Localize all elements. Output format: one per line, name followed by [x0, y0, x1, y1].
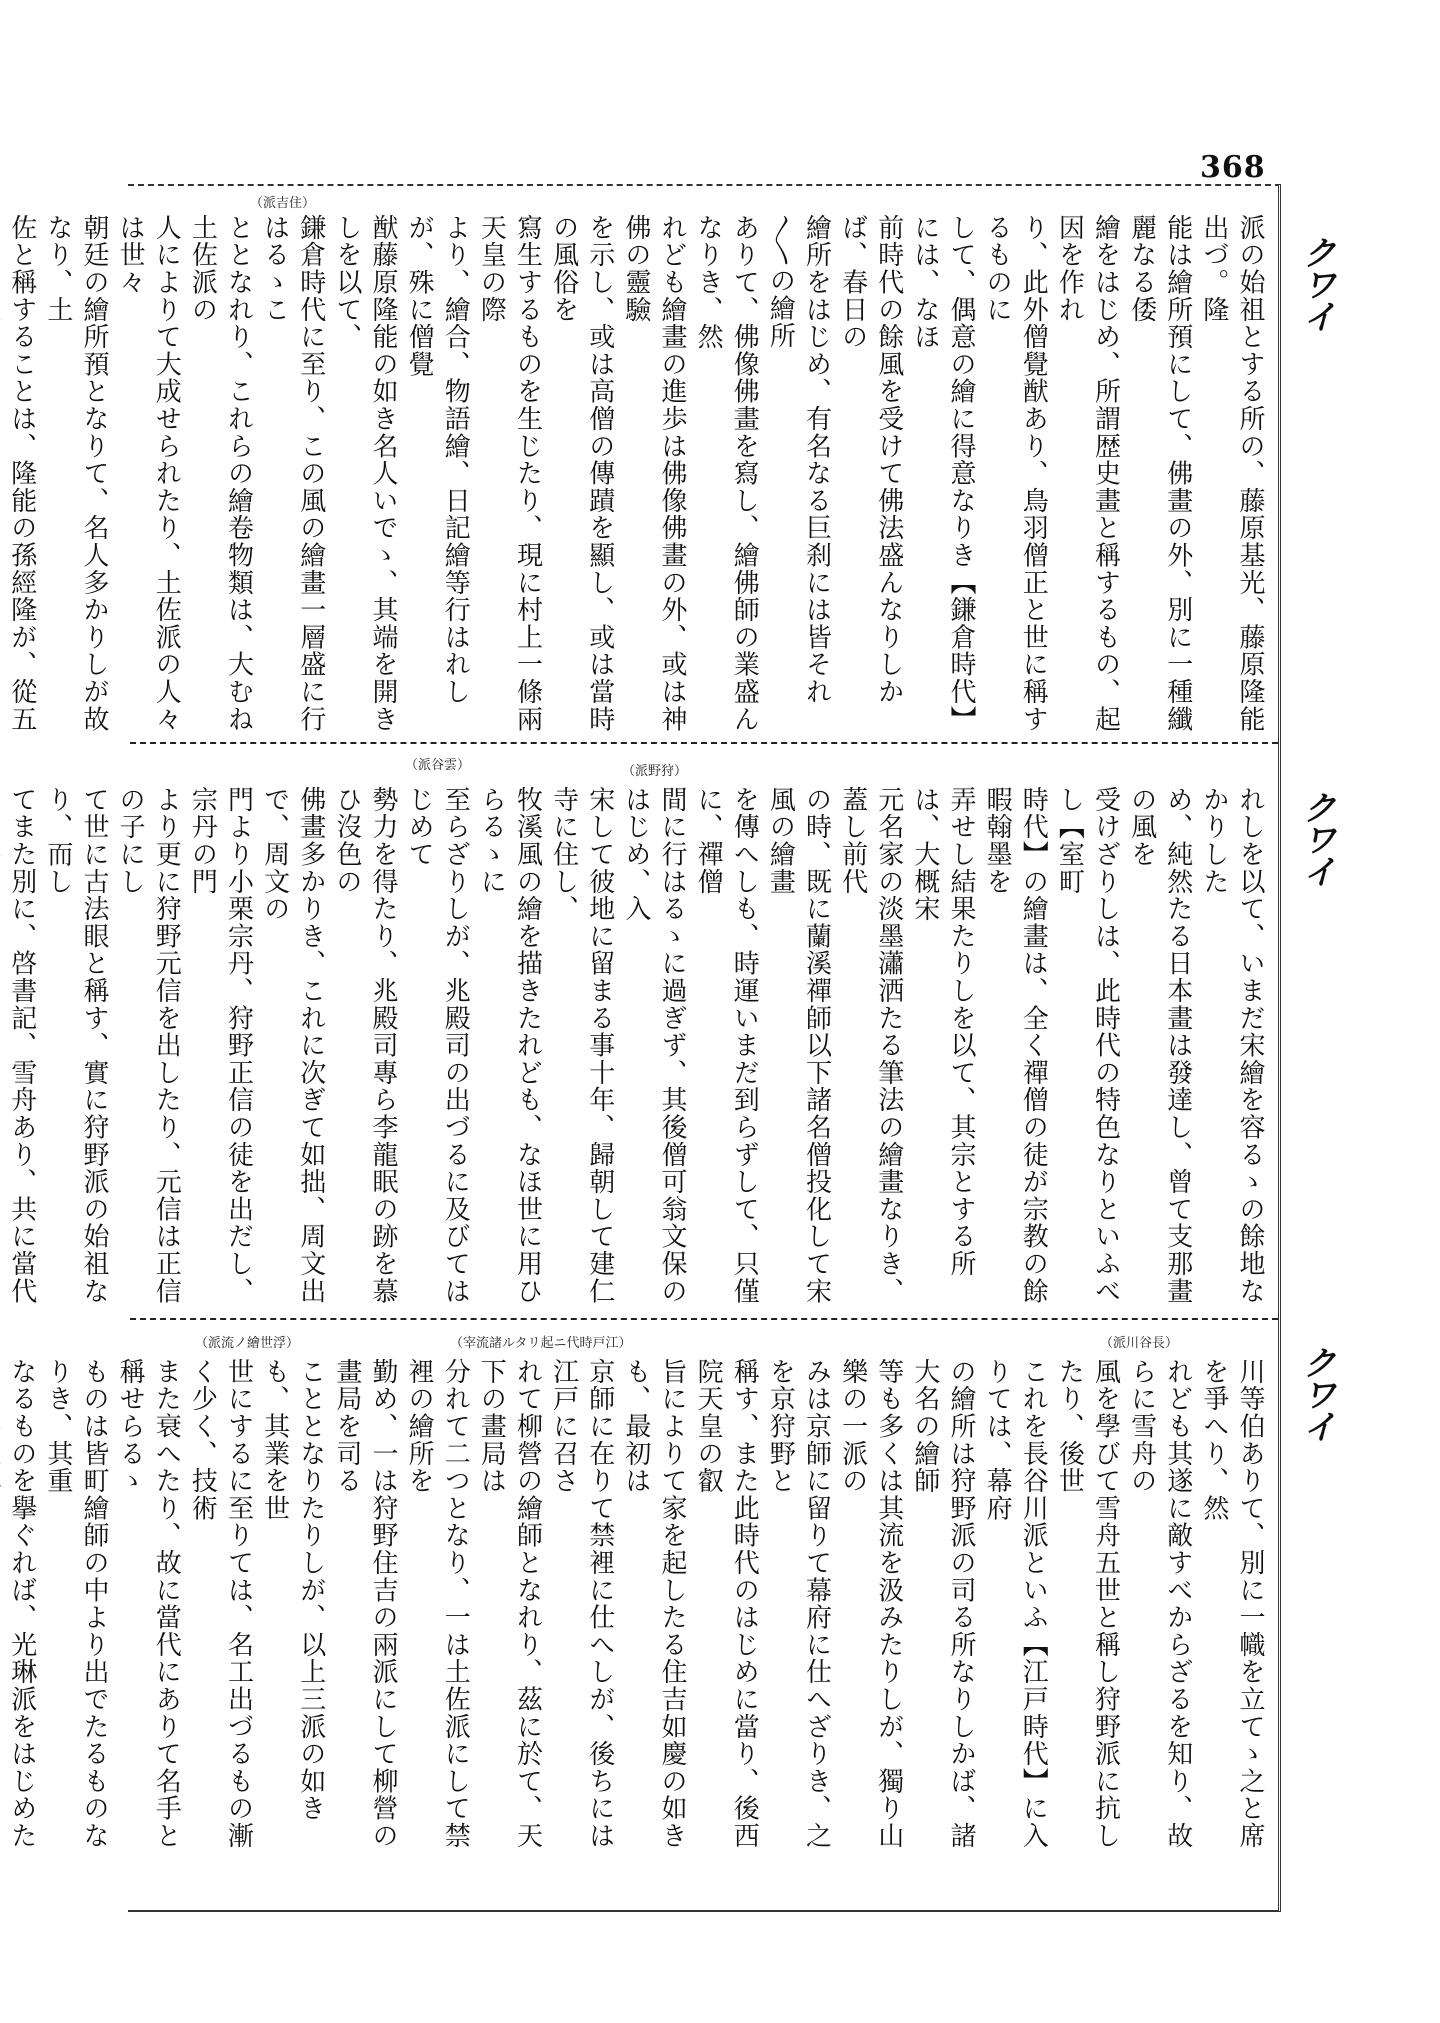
page-number: 368: [1200, 150, 1266, 185]
side-tab-label: クワイ: [1292, 235, 1341, 331]
illustration-caption: （宰流諸ルタリ起ニ代時戸江）: [450, 1332, 631, 1351]
text-column: 稱す、また此時代のはじめに當り、後西院天皇の叡: [690, 1358, 762, 1868]
text-column: 派の始祖とする所の、藤原基光、藤原隆能出づ。隆: [1196, 214, 1268, 739]
text-column: れしを以て、いまだ宋繪を容るゝの餘地なかりした: [1196, 786, 1268, 1316]
text-column: 旨によりて家を起したる住吉如慶の如きも、最初は: [618, 1358, 690, 1868]
text-column: 繪所をはじめ、有名なる巨刹には皆それ〳〵の繪所: [762, 214, 834, 739]
text-column: より、繪合、物語繪、日記繪等行はれしが、殊に僧覺: [401, 214, 473, 739]
text-column: なるものを擧ぐれば、光琳派をはじめたる尾形光琳: [0, 1358, 40, 1868]
text-column: して、偶意の繪に得意なりき【鎌倉時代】には、なほ: [907, 214, 979, 739]
text-column: 受けざりしは、此時代の特色なりといふべし【室町: [1051, 786, 1123, 1316]
band-3-columns: 川等伯ありて、別に一幟を立てゝ之と席を爭へり、然れども其遂に敵すべからざるを知り…: [148, 1358, 1268, 1868]
band-divider: [130, 1318, 1278, 1320]
text-column: これを長谷川派といふ【江戸時代】に入りては、幕府: [979, 1358, 1051, 1868]
text-band-2: れしを以て、いまだ宋繪を容るゝの餘地なかりしため、純然たる日本畫は發達し、曾て支…: [148, 786, 1268, 1316]
band-divider: [130, 742, 1278, 744]
text-column: め、純然たる日本畫は發達し、曾て支那畫の風を: [1124, 786, 1196, 1316]
text-column: 能は繪所預にして、佛畫の外、別に一種纖麗なる倭: [1124, 214, 1196, 739]
text-column: れども其遂に敵すべからざるを知り、故らに雪舟の: [1124, 1358, 1196, 1868]
illustration-caption: （派谷雲）: [405, 754, 470, 773]
text-column: ありて、佛像佛畫を寫し、繪佛師の業盛んなりき、然: [690, 214, 762, 739]
text-column: 宋して彼地に留まる事十年、歸朝して建仁寺に住し、: [546, 786, 618, 1316]
text-column: てまた別に、啓書記、雪舟あり、共に當代の名手と: [0, 786, 40, 1316]
text-band-3: 川等伯ありて、別に一幟を立てゝ之と席を爭へり、然れども其遂に敵すべからざるを知り…: [148, 1358, 1268, 1868]
text-column: 佐と稱することは、隆能の孫經隆が、從五位下土佐: [0, 214, 40, 739]
text-column: 繪をはじめ、所謂歴史畫と稱するもの、起因を作れ: [1051, 214, 1123, 739]
illustration-caption: （派野狩）: [622, 760, 687, 779]
text-column: 元名家の淡墨瀟洒たる筆法の繪畫なりき、蓋し前代: [835, 786, 907, 1316]
text-column: 人によりて大成せられたり、土佐派の人々は世々: [112, 214, 184, 739]
text-column: の時、既に蘭溪禪師以下諸名僧投化して宋風の繪畫: [762, 786, 834, 1316]
illustration-caption: （派吉住）: [250, 192, 315, 211]
text-column: 猷藤原隆能の如き名人いでゝ、其端を開きしを以て、: [329, 214, 401, 739]
text-column: 佛畫多かりき、これに次ぎて如拙、周文出で、周文の: [257, 786, 329, 1316]
text-column: また衰へたり、故に當代にありて名手と稱せらるゝ: [112, 1358, 184, 1868]
text-column: 前時代の餘風を受けて佛法盛んなりしかば、春日の: [835, 214, 907, 739]
side-tab-label: クワイ: [1292, 790, 1341, 886]
text-column: 風を學びて雪舟五世と稱し狩野派に抗したり、後世: [1051, 1358, 1123, 1868]
text-column: れて柳營の繪師となれり、茲に於て、天下の畫局は: [473, 1358, 545, 1868]
text-column: 鎌倉時代に至り、この風の繪畫一層盛に行はるゝこ: [257, 214, 329, 739]
text-band-1: 派の始祖とする所の、藤原基光、藤原隆能出づ。隆能は繪所預にして、佛畫の外、別に一…: [148, 214, 1268, 739]
text-column: の繪所は狩野派の司る所なりしかば、諸大名の繪師: [907, 1358, 979, 1868]
text-column: 世にするに至りては、名工出づるもの漸く少く、技術: [184, 1358, 256, 1868]
text-column: を傳へしも、時運いまだ到らずして、只僅に、禪僧: [690, 786, 762, 1316]
text-column: 分れて二つとなり、一は土佐派にして禁裡の繪所を: [401, 1358, 473, 1868]
text-column: 川等伯ありて、別に一幟を立てゝ之と席を爭へり、然: [1196, 1358, 1268, 1868]
text-column: 弄せし結果たりしを以て、其宗とする所は、大概宋: [907, 786, 979, 1316]
text-column: より更に狩野元信を出したり、元信は正信の子にし: [112, 786, 184, 1316]
illustration-caption: （派川谷長）: [1100, 1332, 1178, 1351]
text-column: 至らざりしが、兆殿司の出づるに及びてはじめて: [401, 786, 473, 1316]
text-column: 間に行はるゝに過ぎず、其後僧可翁文保のはじめ、入: [618, 786, 690, 1316]
text-column: て世に古法眼と稱す、實に狩野派の始祖なり、而し: [40, 786, 112, 1316]
text-column: 門より小栗宗丹、狩野正信の徒を出だし、宗丹の門: [184, 786, 256, 1316]
text-column: 勤め、一は狩野住吉の兩派にして柳營の畫局を司る: [329, 1358, 401, 1868]
band-2-columns: れしを以て、いまだ宋繪を容るゝの餘地なかりしため、純然たる日本畫は發達し、曾て支…: [148, 786, 1268, 1316]
text-column: 牧溪風の繪を描きたれども、なほ世に用ひらるゝに: [473, 786, 545, 1316]
text-column: 朝廷の繪所預となりて、名人多かりしが故なり、土: [40, 214, 112, 739]
side-tab-label: クワイ: [1292, 1345, 1341, 1441]
text-column: 等も多くは其流を汲みたりしが、獨り山樂の一派の: [835, 1358, 907, 1868]
text-column: を示し、或は高僧の傳蹟を顯し、或は當時の風俗を: [546, 214, 618, 739]
text-column: ととなれり、これらの繪卷物類は、大むね土佐派の: [184, 214, 256, 739]
text-column: 勢力を得たり、兆殿司專ら李龍眠の跡を慕ひ沒色の: [329, 786, 401, 1316]
band-1-columns: 派の始祖とする所の、藤原基光、藤原隆能出づ。隆能は繪所預にして、佛畫の外、別に一…: [148, 214, 1268, 739]
text-column: 寫生するものを生じたり、現に村上一條兩天皇の際: [473, 214, 545, 739]
text-column: れども繪畫の進歩は佛像佛畫の外、或は神佛の靈驗: [618, 214, 690, 739]
text-column: みは京師に留りて幕府に仕へざりき、之を京狩野と: [762, 1358, 834, 1868]
text-column: 京師に在りて禁裡に仕へしが、後ちには江戸に召さ: [546, 1358, 618, 1868]
text-column: り、此外僧覺猷あり、鳥羽僧正と世に稱するものに: [979, 214, 1051, 739]
illustration-caption: （派流ノ繪世浮）: [195, 1332, 299, 1351]
text-column: ものは皆町繪師の中より出でたるものなりき、其重: [40, 1358, 112, 1868]
text-column: こととなりたりしが、以上三派の如きも、其業を世: [257, 1358, 329, 1868]
text-column: 時代】の繪畫は、全く禪僧の徒が宗教の餘暇翰墨を: [979, 786, 1051, 1316]
